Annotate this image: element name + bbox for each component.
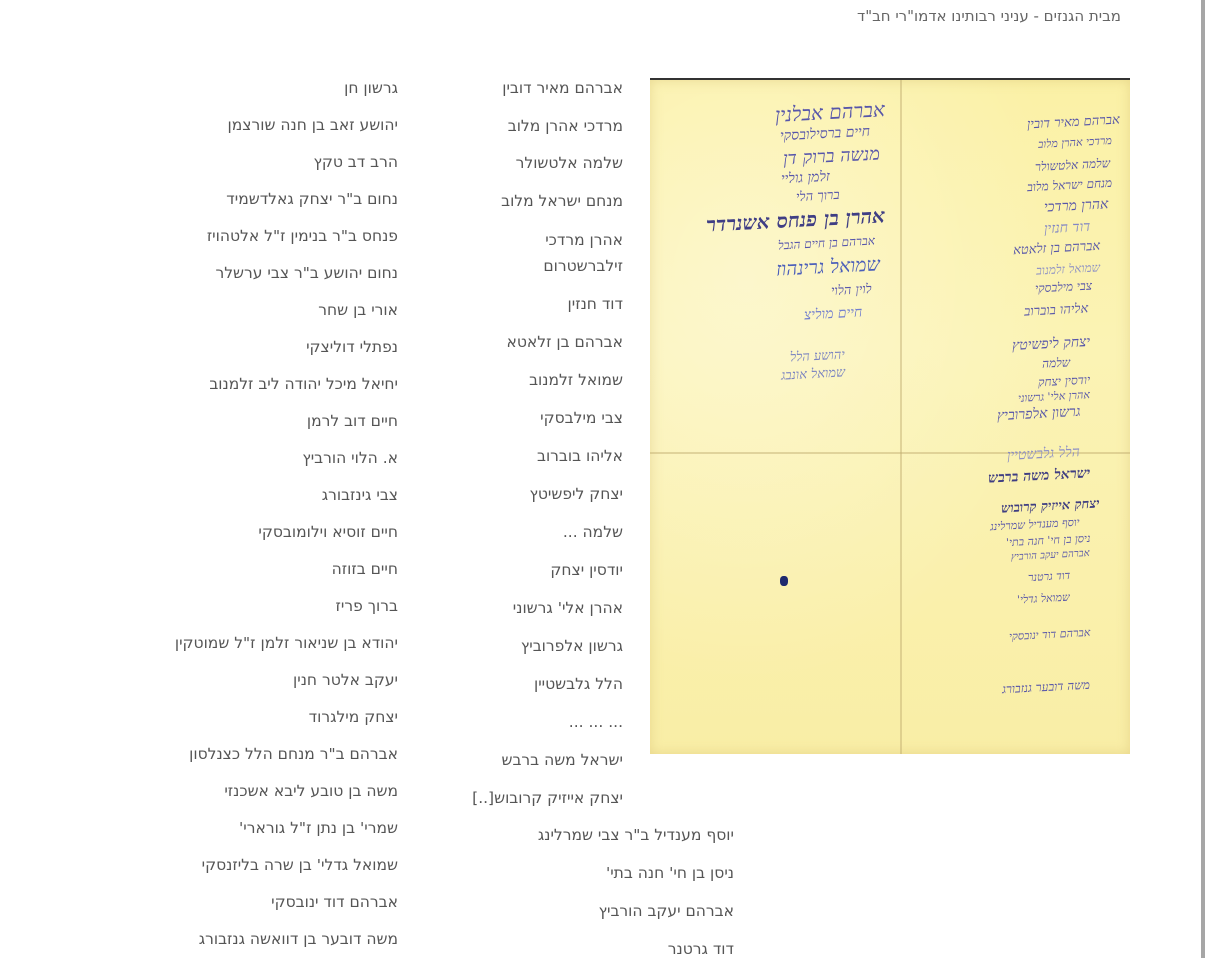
handwritten-name: אליהו בוברוב [1023, 300, 1088, 319]
list-item: אברהם יעקב הורביץ [599, 901, 734, 921]
list-item: נחום ב"ר יצחק גאלדשמיד [226, 189, 398, 209]
list-item: אורי בן שחר [318, 300, 398, 320]
handwritten-name: משה דובער גנזבורג [1002, 678, 1091, 698]
handwritten-name: צבי מילבסקי [1035, 279, 1093, 297]
list-item: דוד חנזין [568, 294, 623, 314]
list-item: נחום יהושע ב"ר צבי ערשלר [215, 263, 398, 283]
handwritten-name: לוין הלוי [831, 281, 872, 299]
list-item: שלמה ... [563, 522, 623, 542]
handwritten-name: מנשה ברוק דן [783, 143, 881, 169]
handwritten-name: אברהם יעקב הורביץ [1011, 548, 1090, 563]
list-item: יצחק ליפשיטץ [529, 484, 623, 504]
list-item: יעקב אלטר חנין [293, 670, 398, 690]
list-item: מנחם ישראל מלוב [501, 191, 623, 211]
handwritten-name: אברהם מאיר דובין [1027, 112, 1120, 133]
list-item: שמואל זלמנוב [529, 370, 623, 390]
handwritten-name: חיים ברסילובסקי [780, 124, 871, 146]
list-item: שמרי' בן נתן ז"ל גורארי' [239, 818, 398, 838]
list-item: יהושע זאב בן חנה שורצמן [228, 115, 398, 135]
list-item: יצחק אייזיק קרובוש[..] [472, 788, 623, 808]
list-item: אברהם דוד ינובסקי [271, 892, 398, 912]
list-item: יודסין יצחק [550, 560, 623, 580]
list-item: ... ... ... [569, 712, 623, 732]
list-item: אליהו בוברוב [537, 446, 623, 466]
handwritten-name: ישראל משה ברבש [987, 465, 1090, 487]
list-item: נפתלי דוליצקי [306, 337, 398, 357]
names-list-left: גרשון חן יהושע זאב בן חנה שורצמן הרב דב … [98, 78, 398, 958]
list-item: אברהם בן זלאטא [507, 332, 623, 352]
handwritten-name: מנחם ישראל מלוב [1026, 176, 1112, 195]
page-title: מבית הגנזים - עניני רבותינו אדמו"רי חב"ד [857, 7, 1121, 25]
list-item: מרדכי אהרן מלוב [508, 116, 623, 136]
list-item: גרשון אלפרוביץ [521, 636, 623, 656]
list-item: גרשון חן [344, 78, 398, 98]
handwritten-name: שלמה [1041, 355, 1070, 371]
handwritten-name: אהרן מרדכי [1043, 196, 1108, 216]
list-item: צבי גינזבורג [322, 485, 398, 505]
list-item: ברוך פריז [336, 596, 398, 616]
handwritten-name: אברהם בן חיים הגבל [778, 233, 876, 253]
list-item: חיים זוסיא וילומובסקי [258, 522, 398, 542]
list-item: יחיאל מיכל יהודה ליב זלמנוב [209, 374, 398, 394]
handwritten-name: דוד חנזין [1043, 219, 1090, 238]
list-item: יהודא בן שניאור זלמן ז"ל שמוטקין [175, 633, 398, 653]
list-item: זילברשטרום [543, 256, 623, 276]
handwritten-name: אברהם בן זלאטא [1012, 238, 1100, 259]
handwritten-name: שמואל גדלי' [1017, 591, 1070, 607]
list-item: ניסן בן חי' חנה בתי' [606, 863, 734, 883]
list-item: חיים דוב לרמן [307, 411, 398, 431]
handwritten-name: יוסף מענדיל שמרלינג [990, 516, 1080, 534]
list-item: אברהם ב"ר מנחם הלל כצנלסון [189, 744, 398, 764]
list-item: הלל גלבשטיין [534, 674, 623, 694]
list-item: יוסף מענדיל ב"ר צבי שמרלינג [538, 825, 734, 845]
list-item: א. הלוי הורביץ [302, 448, 398, 468]
list-item: חיים בזוזה [332, 559, 398, 579]
scanned-signatures-image[interactable]: אברהם אבלנין חיים ברסילובסקי מנשה ברוק ד… [650, 78, 1130, 754]
list-item: פנחס ב"ר בנימין ז"ל אלטהויז [207, 226, 398, 246]
list-item: ישראל משה ברבש [501, 750, 623, 770]
ink-blot [780, 576, 788, 586]
handwritten-name: זלמן גוליי [781, 169, 831, 189]
list-item: שלמה אלטשולר [516, 153, 623, 173]
list-item: שמואל גדלי' בן שרה בליזנסקי [202, 855, 398, 875]
list-item: אהרן מרדכי [545, 230, 623, 250]
list-item: משה בן טובע ליבא אשכנזי [224, 781, 398, 801]
list-item: אברהם מאיר דובין [502, 78, 623, 98]
handwritten-name: דוד גרטנר [1027, 569, 1070, 584]
list-item: דוד גרטנר [668, 939, 734, 958]
handwritten-name: שמואל זלמנוב [1036, 260, 1101, 278]
paper-fold-vertical [900, 80, 902, 754]
names-list-bottom: יוסף מענדיל ב"ר צבי שמרלינג ניסן בן חי' … [484, 825, 734, 958]
list-item: הרב דב טקץ [313, 152, 398, 172]
handwritten-name: חיים מוליצ [803, 304, 862, 324]
handwritten-name: יהושע הלל [790, 347, 846, 366]
handwritten-name: מרדכי אהרן מלוב [1038, 134, 1112, 151]
handwritten-name: הלל גלבשטיין [1007, 444, 1081, 465]
handwritten-name: ניסן בן חי' חנה בתי' [1005, 532, 1090, 549]
handwritten-name: שלמה אלטשולר [1034, 156, 1110, 175]
list-item: יצחק מילגרוד [309, 707, 398, 727]
list-item: צבי מילבסקי [540, 408, 623, 428]
handwritten-name: יצחק ליפשיטץ [1011, 334, 1090, 355]
handwritten-name: אהרן אלי' גרשוני [1018, 388, 1091, 405]
list-item: משה דובער בן דוואשה גנזבורג [199, 929, 398, 949]
handwritten-name: אברהם דוד ינובסקי [1008, 626, 1090, 643]
handwritten-name: שמואל אונבג [780, 364, 845, 383]
handwritten-name: גרשון אלפרוביץ [996, 404, 1080, 425]
list-item: אהרן אלי' גרשוני [513, 598, 623, 618]
handwritten-name: שמואל גרינהוז [776, 253, 881, 281]
handwritten-name: יצחק אייזיק קרובוש [1001, 495, 1100, 516]
page-right-border [1201, 0, 1205, 958]
handwritten-name: ברוך הלי [796, 187, 840, 205]
handwritten-name: אהרן בן פנחס אשנרדר [705, 203, 885, 237]
